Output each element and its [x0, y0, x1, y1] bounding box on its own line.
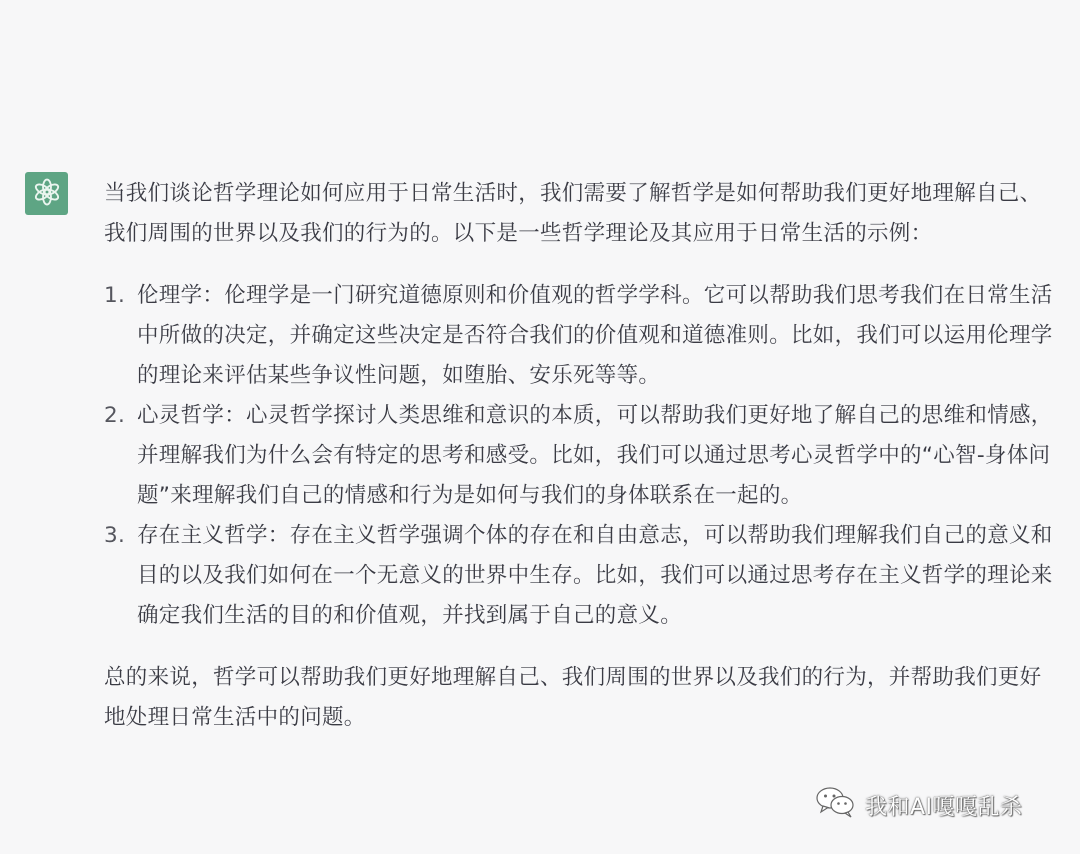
list-item: 3. 存在主义哲学：存在主义哲学强调个体的存在和自由意志，可以帮助我们理解我们自…: [104, 516, 1054, 636]
assistant-conclusion: 总的来说，哲学可以帮助我们更好地理解自己、我们周围的世界以及我们的行为，并帮助我…: [104, 658, 1054, 738]
theory-list: 1. 伦理学：伦理学是一门研究道德原则和价值观的哲学学科。它可以帮助我们思考我们…: [104, 276, 1054, 636]
assistant-intro: 当我们谈论哲学理论如何应用于日常生活时，我们需要了解哲学是如何帮助我们更好地理解…: [104, 174, 1054, 254]
openai-logo-icon: [32, 177, 62, 211]
list-item-number: 2.: [104, 396, 125, 436]
list-item-number: 1.: [104, 276, 125, 316]
list-item-text: 存在主义哲学：存在主义哲学强调个体的存在和自由意志，可以帮助我们理解我们自己的意…: [137, 523, 1053, 628]
assistant-message-content: 当我们谈论哲学理论如何应用于日常生活时，我们需要了解哲学是如何帮助我们更好地理解…: [104, 174, 1054, 738]
assistant-message: 当我们谈论哲学理论如何应用于日常生活时，我们需要了解哲学是如何帮助我们更好地理解…: [0, 0, 1080, 646]
list-item-number: 3.: [104, 516, 125, 556]
list-item: 1. 伦理学：伦理学是一门研究道德原则和价值观的哲学学科。它可以帮助我们思考我们…: [104, 276, 1054, 396]
assistant-avatar: [25, 172, 68, 215]
list-item-text: 伦理学：伦理学是一门研究道德原则和价值观的哲学学科。它可以帮助我们思考我们在日常…: [137, 283, 1053, 388]
list-item-text: 心灵哲学：心灵哲学探讨人类思维和意识的本质，可以帮助我们更好地了解自己的思维和情…: [137, 403, 1053, 508]
list-item: 2. 心灵哲学：心灵哲学探讨人类思维和意识的本质，可以帮助我们更好地了解自己的思…: [104, 396, 1054, 516]
wechat-icon: [815, 786, 865, 824]
watermark-text: 我和AI嘎嘎乱杀: [865, 790, 1023, 821]
watermark: 我和AI嘎嘎乱杀: [815, 786, 1023, 824]
